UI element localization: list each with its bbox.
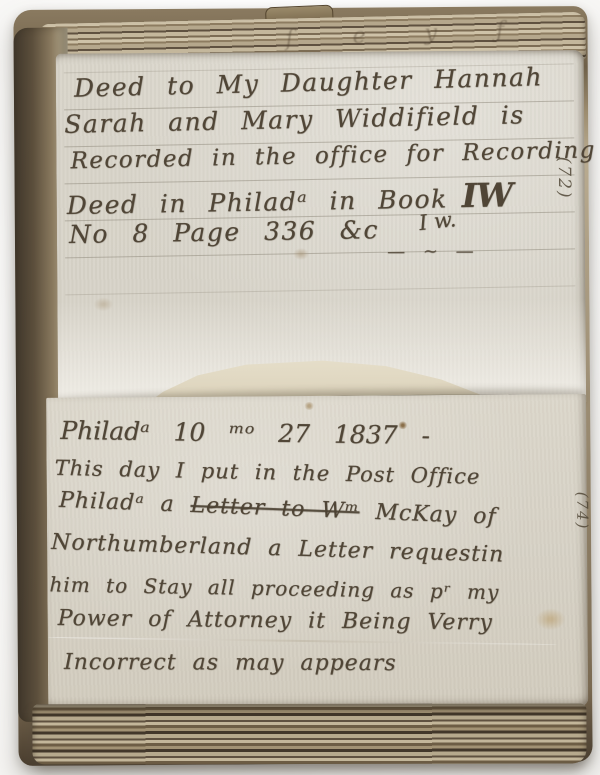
stain [304, 402, 314, 410]
handwritten-line: Northumberland a Letter requestin [51, 530, 505, 568]
struck-through-text: Letter to Wᵐ [190, 493, 360, 524]
margin-page-number-bottom: (74) [573, 492, 591, 531]
top-page: Deed to My Daughter Hannah Sarah and Mar… [56, 50, 586, 406]
handwritten-line: This day I put in the Post Office [54, 456, 480, 489]
handwritten-line: Power of Attorney it Being Verry [58, 606, 493, 636]
handwritten-line: Deed to My Daughter Hannah [74, 62, 544, 102]
handwritten-text: McKay of [359, 499, 497, 529]
margin-page-number-top: (72) [554, 157, 574, 200]
initials-signature: I w. [418, 207, 458, 235]
stain [536, 608, 566, 630]
signature-dashes: — ~ — [387, 241, 480, 263]
handwritten-line: Philadᵃ a Letter to Wᵐ McKay of [59, 488, 497, 530]
bottom-page: Philadᵃ 10 ᵐᵒ 27 1837 - This day I put i… [46, 394, 588, 710]
handwritten-line: Incorrect as may appears [64, 650, 397, 676]
paper-crease [48, 636, 558, 645]
journal-book: ſ e y ƒ Deed to My Daughter Hannah Sarah… [13, 6, 592, 766]
handwritten-text: Philadᵃ a [59, 488, 191, 518]
monogram-iw: IW [461, 175, 512, 215]
handwritten-line: Sarah and Mary Widdifield is [64, 100, 525, 139]
handwritten-line: him to Stay all proceeding as pʳ my [49, 572, 499, 604]
page-edge-bottom [32, 703, 586, 764]
handwritten-text: Deed in Philadᵃ in Book [67, 184, 448, 220]
handwritten-line: Recorded in the office for Recording [70, 137, 596, 174]
ruled-line [65, 285, 575, 295]
page-edge-ink-marks: ſ e y ƒ [285, 16, 546, 51]
handwritten-line: No 8 Page 336 &c [69, 215, 379, 249]
ruled-line [65, 248, 575, 258]
photo-backdrop: ſ e y ƒ Deed to My Daughter Hannah Sarah… [0, 0, 600, 775]
date-line: Philadᵃ 10 ᵐᵒ 27 1837 - [60, 416, 430, 450]
